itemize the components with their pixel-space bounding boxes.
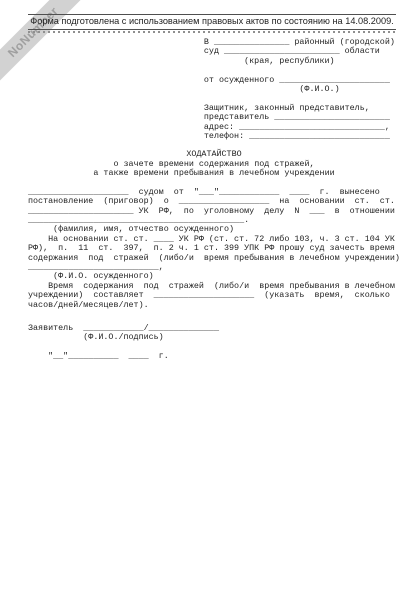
dashed-divider <box>28 31 396 33</box>
document-page: NoNumber Форма подготовлена с использова… <box>0 0 420 600</box>
notice-text: Форма подготовлена с использованием прав… <box>28 15 396 30</box>
petition-body: ____________________ судом от "___"_____… <box>28 188 400 310</box>
addressee-block: В _______________ районный (городской) с… <box>28 38 400 141</box>
header-notice-bar: Форма подготовлена с использованием прав… <box>28 14 396 33</box>
petition-document: В _______________ районный (городской) с… <box>28 38 400 361</box>
date-line: "__"__________ ____ г. <box>28 352 400 361</box>
signature-block: Заявитель ____________/______________ (Ф… <box>28 324 400 343</box>
petition-title: ХОДАТАЙСТВО о зачете времени содержания … <box>28 150 400 178</box>
